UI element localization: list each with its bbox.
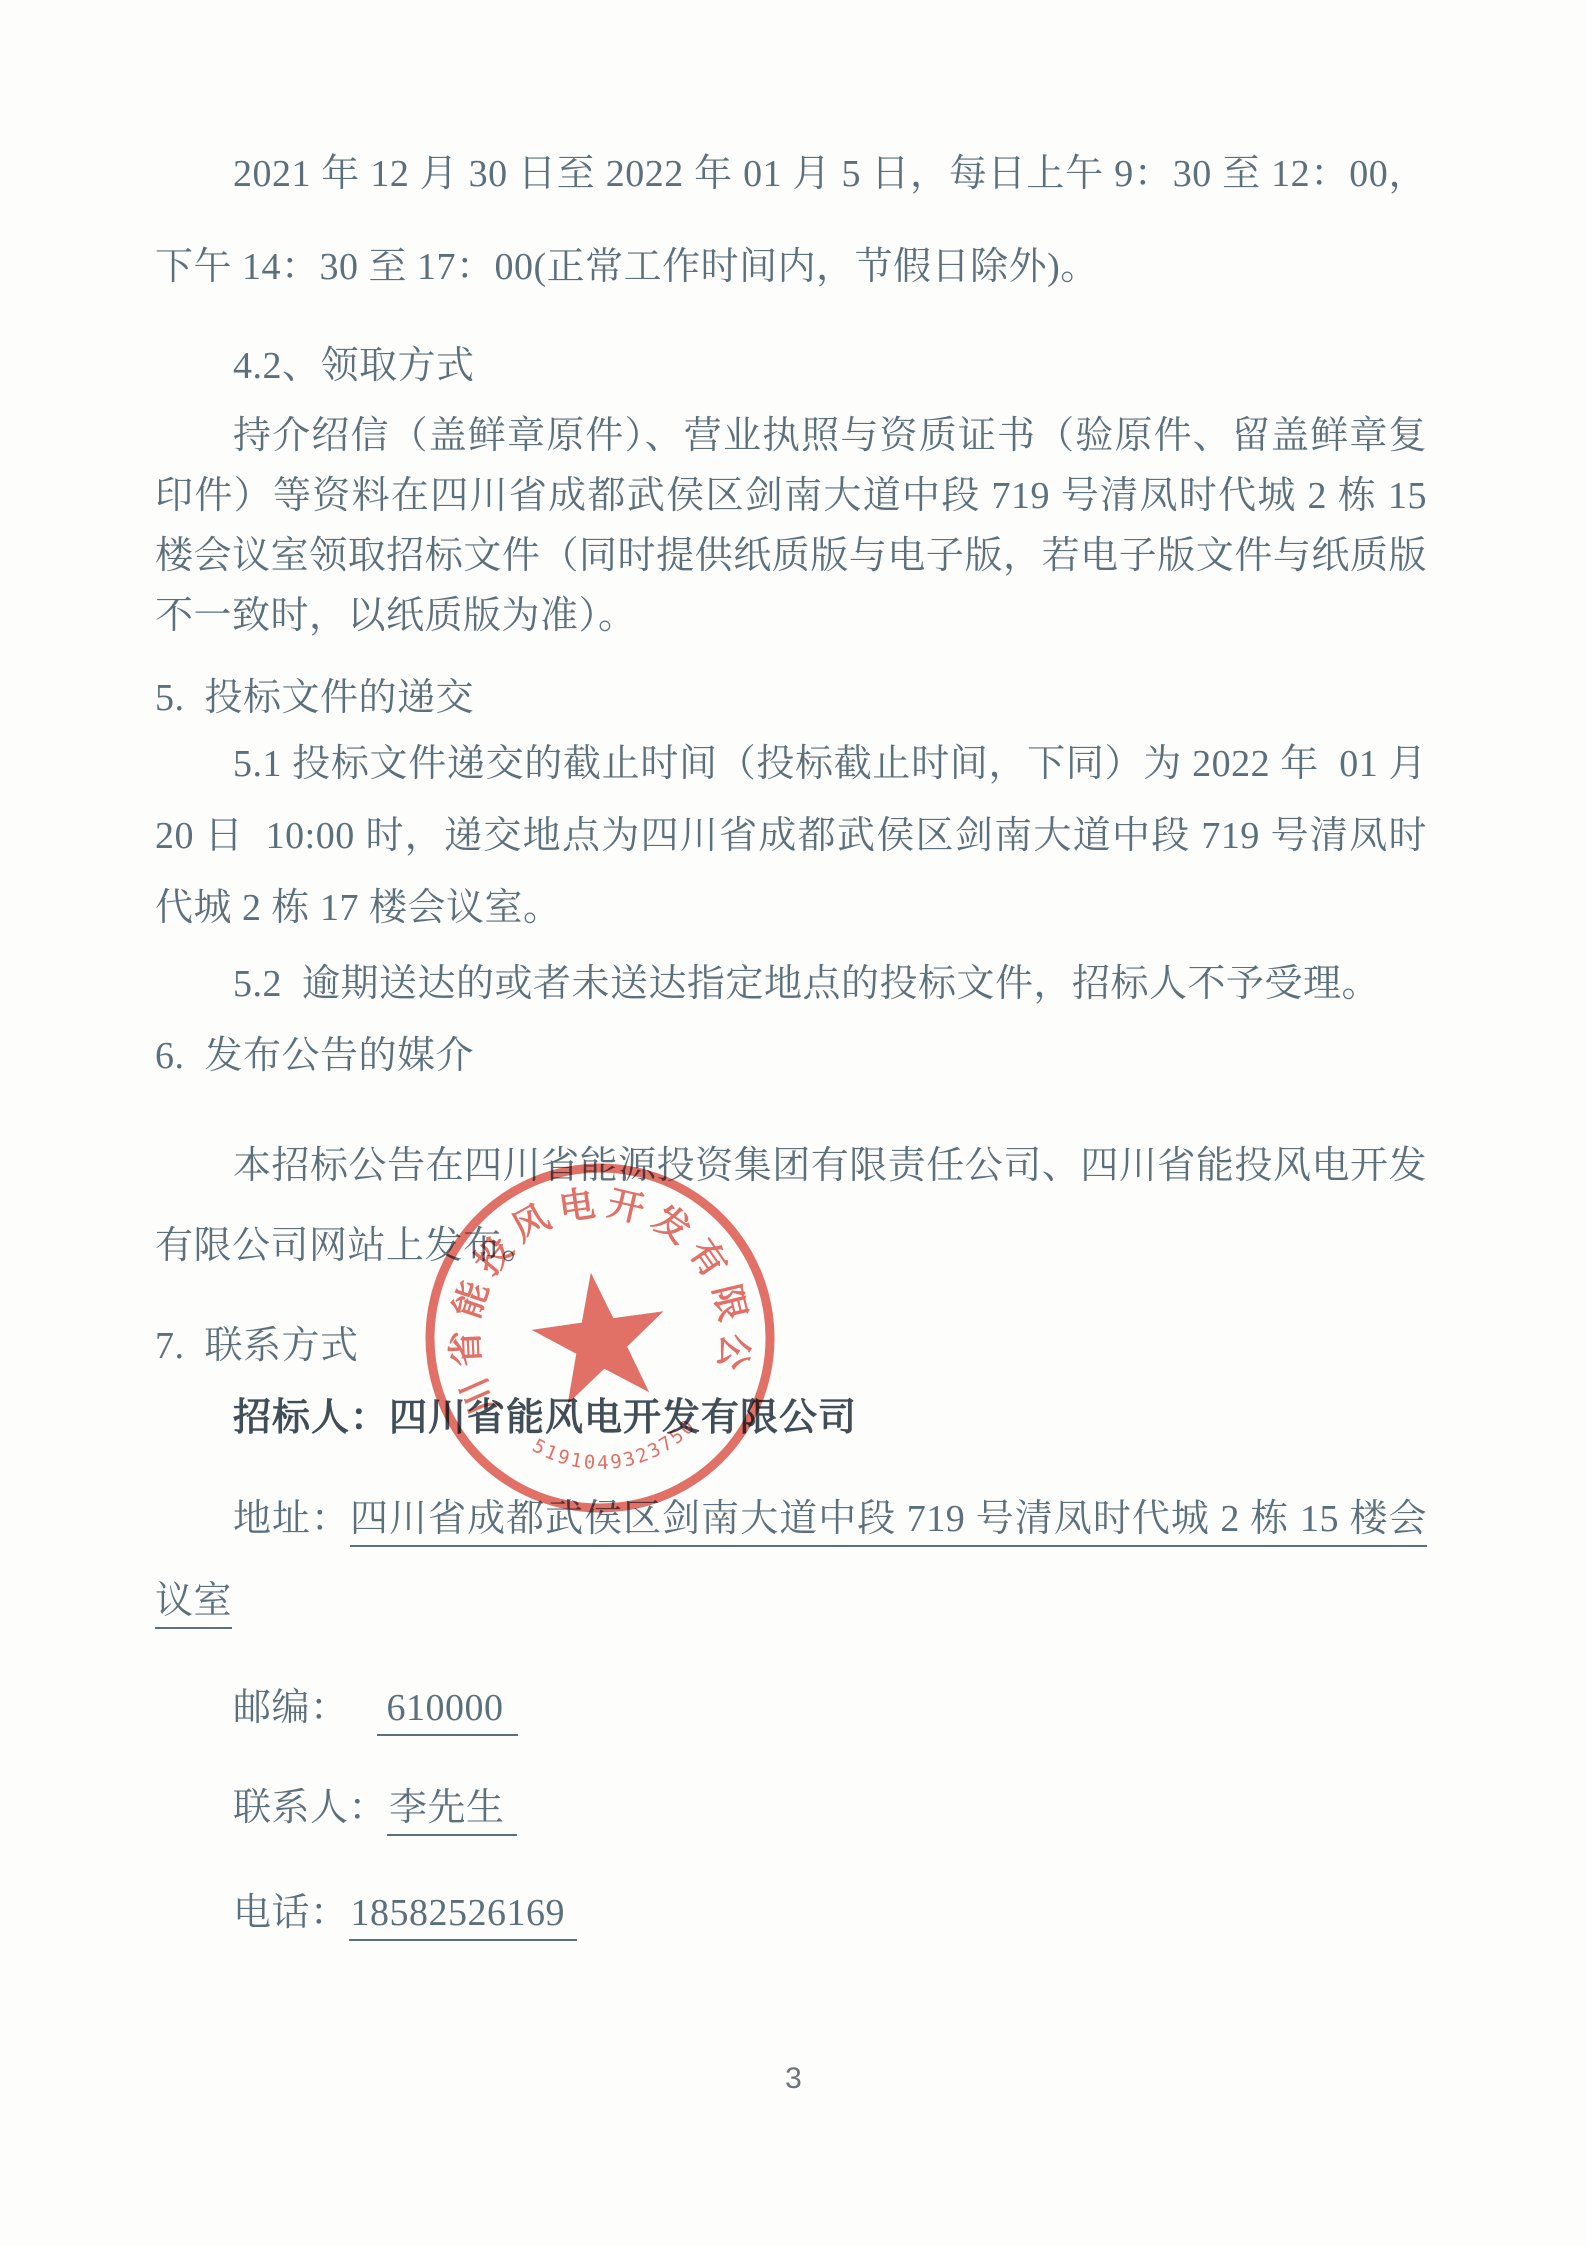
heading-bid-submission: 5. 投标文件的递交 bbox=[155, 668, 1427, 728]
postcode-line: 邮编：610000 bbox=[155, 1678, 1427, 1738]
document-page: 2021 年 12 月 30 日至 2022 年 01 月 5 日，每日上午 9… bbox=[0, 0, 1587, 2246]
contact-person-value: 李先生 bbox=[387, 1787, 517, 1836]
address-line: 地址：四川省成都武侯区剑南大道中段 719 号清凤时代城 2 栋 15 楼会议室 bbox=[155, 1478, 1427, 1642]
paragraph-media-body: 本招标公告在四川省能源投资集团有限责任公司、四川省能投风电开发有限公司网站上发布… bbox=[155, 1126, 1427, 1286]
paragraph-late-submission: 5.2 逾期送达的或者未送达指定地点的投标文件，招标人不予受理。 bbox=[155, 954, 1427, 1014]
paragraph-submission-deadline: 5.1 投标文件递交的截止时间（投标截止时间，下同）为 2022 年 01 月 … bbox=[155, 728, 1427, 944]
contact-person-label: 联系人： bbox=[233, 1787, 387, 1829]
star-icon bbox=[525, 1263, 675, 1407]
bidder-label: 招标人： bbox=[233, 1397, 389, 1439]
heading-pickup-method: 4.2、领取方式 bbox=[155, 336, 1427, 396]
svg-text:5191049323750: 5191049323750 bbox=[526, 1412, 705, 1484]
seal-serial-number: 5191049323750 bbox=[526, 1412, 705, 1484]
heading-announcement-media: 6. 发布公告的媒介 bbox=[155, 1026, 1427, 1086]
company-seal-stamp: 四川省能投风电开发有限公司 5191049323750 bbox=[397, 1135, 804, 1542]
postcode-value: 610000 bbox=[377, 1687, 518, 1736]
paragraph-pickup-body: 持介绍信（盖鲜章原件）、营业执照与资质证书（验原件、留盖鲜章复印件）等资料在四川… bbox=[155, 406, 1427, 646]
postcode-label: 邮编： bbox=[233, 1687, 349, 1729]
phone-value: 18582526169 bbox=[349, 1892, 578, 1941]
phone-line: 电话：18582526169 bbox=[155, 1883, 1427, 1943]
heading-contact-info: 7. 联系方式 bbox=[155, 1316, 1427, 1376]
paragraph-collection-time: 2021 年 12 月 30 日至 2022 年 01 月 5 日，每日上午 9… bbox=[155, 128, 1427, 314]
contact-person-line: 联系人：李先生 bbox=[155, 1778, 1427, 1838]
document-body: 2021 年 12 月 30 日至 2022 年 01 月 5 日，每日上午 9… bbox=[155, 128, 1427, 1943]
page-number: 3 bbox=[0, 2062, 1587, 2096]
phone-label: 电话： bbox=[233, 1892, 349, 1934]
address-label: 地址： bbox=[233, 1498, 350, 1540]
